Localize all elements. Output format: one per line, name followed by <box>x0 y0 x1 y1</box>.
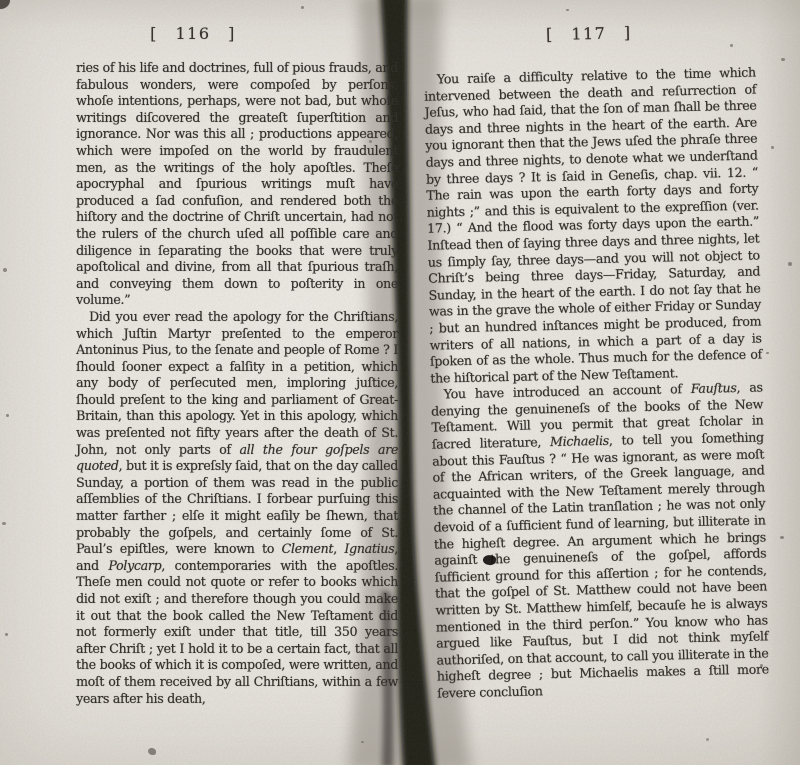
italic-text-segment: Clement <box>282 541 334 556</box>
paper-speck <box>148 748 156 755</box>
paragraph: Did you ever read the apology for the Ch… <box>76 309 398 707</box>
paper-speck <box>301 6 304 9</box>
italic-text-segment: Fauſtus <box>691 380 737 396</box>
paper-speck <box>780 536 784 539</box>
corner-mark <box>0 0 10 9</box>
text-segment: , contemporaries with the apoſtles. Theſ… <box>76 558 398 706</box>
paper-speck <box>781 58 785 61</box>
paragraph: ries of his life and doctrines, full of … <box>76 60 398 309</box>
paper-speck <box>706 738 709 741</box>
text-segment: , to tell you ſomething about this Fauſt… <box>432 429 769 700</box>
paper-speck <box>788 262 792 266</box>
italic-text-segment: Polycarp <box>108 558 161 573</box>
paragraph: You have introduced an account of Fauſtu… <box>431 380 770 702</box>
paper-speck <box>766 352 769 354</box>
italic-text-segment: Michaelis <box>550 433 609 449</box>
page-116-text: ries of his life and doctrines, full of … <box>76 60 398 707</box>
paragraph: You raiſe a difficulty relative to the t… <box>424 64 763 386</box>
folio-left: [ 116 ] <box>32 24 354 43</box>
paper-speck <box>5 633 8 636</box>
text-segment: , <box>333 541 344 556</box>
italic-text-segment: Ignatius <box>344 541 394 556</box>
page-116: [ 116 ] ries of his life and doctrines, … <box>76 24 398 707</box>
paper-speck <box>771 146 774 149</box>
paper-speck <box>2 522 6 525</box>
text-segment: Did you ever read the apology for the Ch… <box>76 309 398 457</box>
paper-speck <box>566 9 569 11</box>
paper-speck <box>6 414 9 417</box>
book-scan: [ 116 ] ries of his life and doctrines, … <box>0 0 800 765</box>
paper-speck <box>3 268 7 272</box>
text-segment: ries of his life and doctrines, full of … <box>76 60 398 307</box>
page-117: [ 117 ] You raiſe a difficulty relative … <box>423 20 770 702</box>
page-117-text: You raiſe a difficulty relative to the t… <box>424 64 770 702</box>
folio-right: [ 117 ] <box>423 20 755 46</box>
paper-speck <box>361 741 364 743</box>
text-segment: You raiſe a difficulty relative to the t… <box>424 64 762 385</box>
